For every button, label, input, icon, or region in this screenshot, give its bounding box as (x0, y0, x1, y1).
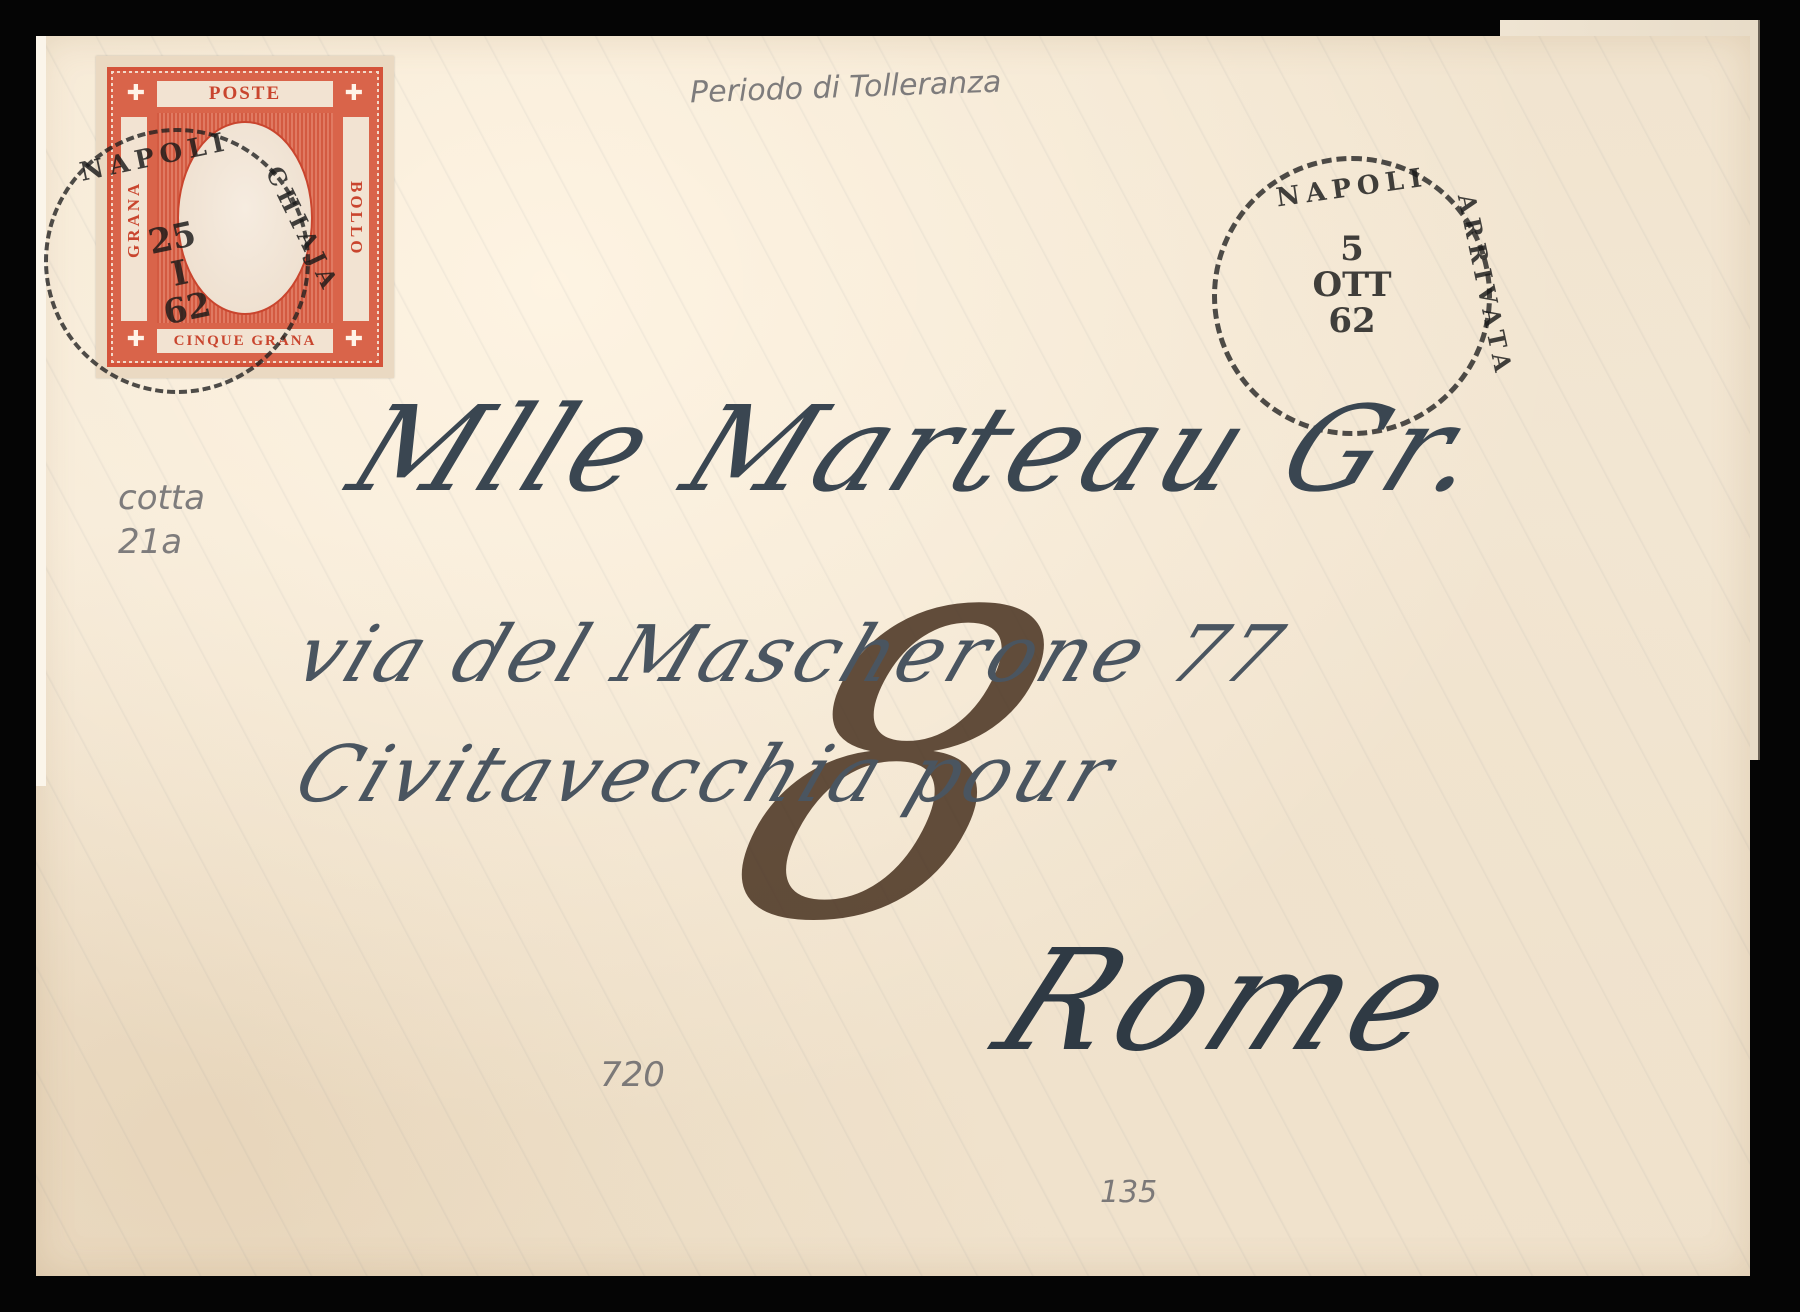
postmark-date: 25 I 62 (42, 194, 317, 353)
cross-icon: ✚ (123, 81, 149, 107)
pencil-note-bottom: 135 (1100, 1175, 1157, 1210)
postmark-date: 5 OTT 62 (1217, 231, 1487, 339)
pencil-note-bottom: 720 (600, 1055, 665, 1095)
paper-edge (36, 36, 46, 786)
address-via-city: Civitavecchia pour (284, 730, 1129, 820)
stamp-top-label: POSTE (157, 81, 333, 107)
address-recipient: Mlle Marteau Gr. (332, 380, 1511, 518)
cross-icon: ✚ (341, 81, 367, 107)
address-street: via del Mascherone 77 (284, 610, 1298, 700)
pencil-note-catalogue: cotta 21a (118, 476, 205, 564)
stamp-right-label: BOLLO (343, 117, 369, 321)
cross-icon: ✚ (341, 327, 367, 353)
address-destination: Rome (974, 920, 1484, 1083)
